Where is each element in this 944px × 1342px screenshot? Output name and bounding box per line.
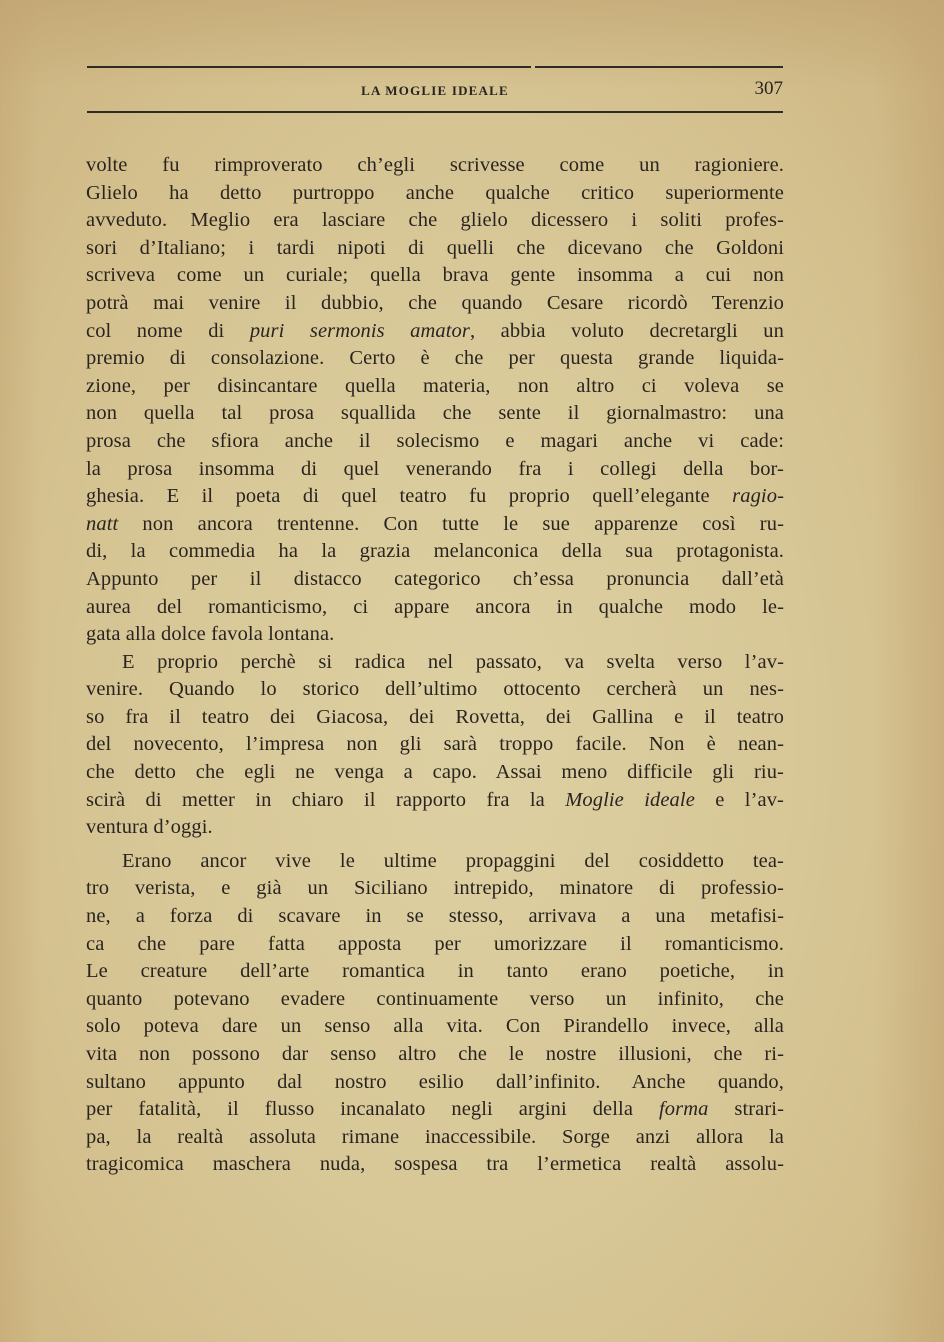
text-line: pa, la realtà assoluta rimane inaccessib… bbox=[86, 1124, 784, 1152]
text-line: zione, per disincantare quella materia, … bbox=[86, 373, 784, 401]
running-head-title: LA MOGLIE IDEALE bbox=[87, 83, 783, 99]
header-rule-top bbox=[87, 66, 783, 68]
text-run: scirà di metter in chiaro il rapporto fr… bbox=[86, 789, 565, 811]
text-run: e l’av- bbox=[695, 789, 784, 811]
text-line: sultano appunto dal nostro esilio dall’i… bbox=[86, 1069, 784, 1097]
text-line: Glielo ha detto purtroppo anche qualche … bbox=[86, 180, 784, 208]
header-rule-bottom bbox=[87, 111, 783, 113]
page-shadow-left bbox=[0, 0, 40, 1342]
text-line: tragicomica maschera nuda, sospesa tra l… bbox=[86, 1151, 784, 1179]
text-line: la prosa insomma di quel venerando fra i… bbox=[86, 456, 784, 484]
text-line: che detto che egli ne venga a capo. Assa… bbox=[86, 759, 784, 787]
text-line: col nome di puri sermonis amator, abbia … bbox=[86, 318, 784, 346]
italic-phrase: natt bbox=[86, 513, 118, 535]
text-line: ne, a forza di scavare in se stesso, arr… bbox=[86, 903, 784, 931]
text-run: strari- bbox=[708, 1098, 784, 1120]
text-line: scirà di metter in chiaro il rapporto fr… bbox=[86, 787, 784, 815]
italic-phrase: ragio- bbox=[732, 485, 784, 507]
italic-word: forma bbox=[659, 1098, 708, 1120]
text-line: del novecento, l’impresa non gli sarà tr… bbox=[86, 731, 784, 759]
text-line: volte fu rimproverato ch’egli scrivesse … bbox=[86, 152, 784, 180]
text-run: non ancora trentenne. Con tutte le sue a… bbox=[118, 513, 784, 535]
text-line: so fra il teatro dei Giacosa, dei Rovett… bbox=[86, 704, 784, 732]
text-line: ghesia. E il poeta di quel teatro fu pro… bbox=[86, 483, 784, 511]
text-line: premio di consolazione. Certo è che per … bbox=[86, 345, 784, 373]
text-line: potrà mai venire il dubbio, che quando C… bbox=[86, 290, 784, 318]
text-line: non quella tal prosa squallida che sente… bbox=[86, 400, 784, 428]
text-run: col nome di bbox=[86, 320, 250, 342]
italic-title: Moglie ideale bbox=[565, 789, 695, 811]
text-run: per fatalità, il flusso incanalato negli… bbox=[86, 1098, 659, 1120]
text-line: scriveva come un curiale; quella brava g… bbox=[86, 262, 784, 290]
text-line: venire. Quando lo storico dell’ultimo ot… bbox=[86, 676, 784, 704]
text-line: sori d’Italiano; i tardi nipoti di quell… bbox=[86, 235, 784, 263]
page-number: 307 bbox=[755, 78, 784, 100]
text-line: Le creature dell’arte romantica in tanto… bbox=[86, 958, 784, 986]
text-line: vita non possono dar senso altro che le … bbox=[86, 1041, 784, 1069]
text-line: per fatalità, il flusso incanalato negli… bbox=[86, 1096, 784, 1124]
text-line: di, la commedia ha la grazia melanconica… bbox=[86, 538, 784, 566]
paragraph-2: E proprio perchè si radica nel passato, … bbox=[86, 649, 784, 842]
text-line: prosa che sfiora anche il solecismo e ma… bbox=[86, 428, 784, 456]
text-line: ventura d’oggi. bbox=[86, 814, 784, 842]
text-line: solo poteva dare un senso alla vita. Con… bbox=[86, 1013, 784, 1041]
text-line: aurea del romanticismo, ci appare ancora… bbox=[86, 594, 784, 622]
paragraph-3: Erano ancor vive le ultime propaggini de… bbox=[86, 848, 784, 1179]
text-run: ghesia. E il poeta di quel teatro fu pro… bbox=[86, 485, 732, 507]
text-line: tro verista, e già un Siciliano intrepid… bbox=[86, 875, 784, 903]
text-line: avveduto. Meglio era lasciare che glielo… bbox=[86, 207, 784, 235]
text-line: Appunto per il distacco categorico ch’es… bbox=[86, 566, 784, 594]
text-line: quanto potevano evadere continuamente ve… bbox=[86, 986, 784, 1014]
text-line: E proprio perchè si radica nel passato, … bbox=[86, 649, 784, 677]
text-line: natt non ancora trentenne. Con tutte le … bbox=[86, 511, 784, 539]
text-line: Erano ancor vive le ultime propaggini de… bbox=[86, 848, 784, 876]
italic-phrase: puri sermonis amator bbox=[250, 320, 470, 342]
text-line: gata alla dolce favola lontana. bbox=[86, 621, 784, 649]
page-shadow-right bbox=[874, 0, 944, 1342]
text-line: ca che pare fatta apposta per umorizzare… bbox=[86, 931, 784, 959]
paragraph-1: volte fu rimproverato ch’egli scrivesse … bbox=[86, 152, 784, 649]
body-text: volte fu rimproverato ch’egli scrivesse … bbox=[86, 152, 784, 1179]
running-head: LA MOGLIE IDEALE 307 bbox=[87, 66, 783, 116]
text-run: , abbia voluto decretargli un bbox=[470, 320, 784, 342]
